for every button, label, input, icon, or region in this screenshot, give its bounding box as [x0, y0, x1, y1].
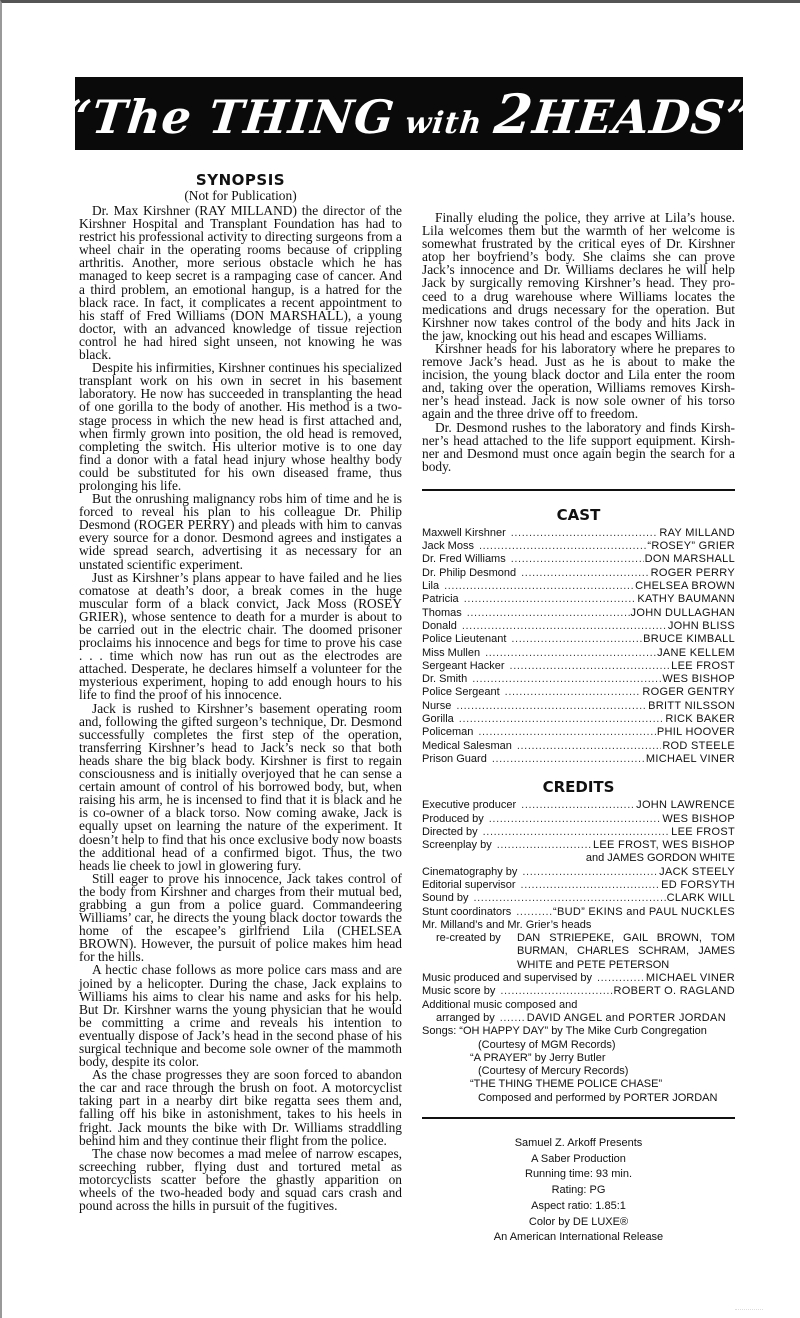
- press-sheet-page: “The THING with 2HEADS” SYNOPSIS (Not fo…: [0, 0, 800, 1318]
- dot-leader: [459, 713, 665, 726]
- cast-role: Thomas: [422, 607, 462, 620]
- heads-names-line: DAN STRIEPEKE, GAIL BROWN, TOM: [517, 932, 735, 945]
- credit-name: WES BISHOP: [662, 813, 735, 826]
- credit-name: “BUD” EKINS and PAUL NUCKLES: [553, 906, 735, 919]
- cast-row: NurseBRITT NILSSON: [422, 700, 735, 713]
- cast-actor: KATHY BAUMANN: [637, 593, 735, 606]
- credit-name: JACK STEELY: [659, 866, 735, 879]
- cast-role: Sergeant Hacker: [422, 660, 505, 673]
- cast-row: Miss MullenJANE KELLEM: [422, 647, 735, 660]
- cast-role: Gorilla: [422, 713, 454, 726]
- dot-leader: [505, 686, 642, 699]
- dot-leader: [511, 633, 642, 646]
- cast-row: Dr. SmithWES BISHOP: [422, 673, 735, 686]
- credit-name: LEE FROST: [671, 826, 735, 839]
- dot-leader: [522, 866, 658, 879]
- synopsis-paragraph: Jack is rushed to Kirshner’s basement op…: [79, 702, 402, 872]
- title-banner: “The THING with 2HEADS”: [75, 77, 743, 150]
- cast-row: Maxwell KirshnerRAY MILLAND: [422, 527, 735, 540]
- synopsis-paragraph: Kirshner heads for his laboratory where …: [422, 342, 735, 421]
- credit-role: Screenplay by: [422, 839, 492, 852]
- cast-actor: JOHN BLISS: [668, 620, 735, 633]
- presenter-line: Samuel Z. Arkoff Presents: [422, 1136, 735, 1152]
- synopsis-paragraph: As the chase progresses they are soon fo…: [79, 1068, 402, 1147]
- cast-actor: CHELSEA BROWN: [635, 580, 735, 593]
- cast-actor: ROGER PERRY: [651, 567, 735, 580]
- dot-leader: [521, 799, 635, 812]
- cast-role: Dr. Smith: [422, 673, 467, 686]
- running-time-line: Running time: 93 min.: [422, 1167, 735, 1183]
- credit-name: JOHN LAWRENCE: [636, 799, 735, 812]
- credit-row: Editorial supervisorED FORSYTH: [422, 879, 735, 892]
- synopsis-column-right: Finally eluding the police, they arrive …: [422, 211, 735, 1246]
- cast-actor: RICK BAKER: [665, 713, 735, 726]
- song-courtesy: (Courtesy of MGM Records): [422, 1039, 735, 1052]
- dot-leader: [500, 1012, 526, 1025]
- song-composer: Composed and performed by PORTER JORDAN: [422, 1092, 735, 1105]
- dot-leader: [464, 593, 637, 606]
- production-info: Samuel Z. Arkoff Presents A Saber Produc…: [422, 1136, 735, 1246]
- dot-leader: [444, 580, 634, 593]
- screenplay-continuation: and JAMES GORDON WHITE: [422, 852, 735, 865]
- cast-actor: JANE KELLEM: [657, 647, 735, 660]
- credit-role: Sound by: [422, 892, 468, 905]
- heads-recreated-row: re-created by DAN STRIEPEKE, GAIL BROWN,…: [422, 932, 735, 945]
- additional-music-label: Additional music composed and: [422, 999, 735, 1012]
- cast-actor: ROGER GENTRY: [642, 686, 735, 699]
- aspect-ratio-line: Aspect ratio: 1.85:1: [422, 1199, 735, 1215]
- cast-actor: BRUCE KIMBALL: [643, 633, 735, 646]
- dot-leader: [478, 726, 656, 739]
- heads-names-line: WHITE and PETE PETERSON: [422, 959, 735, 972]
- synopsis-paragraph: Dr. Max Kirshner (RAY MILLAND) the direc…: [79, 204, 402, 361]
- dot-leader: [500, 985, 612, 998]
- title-with: with: [392, 106, 495, 141]
- distributor-line: An American International Release: [422, 1230, 735, 1246]
- credit-name: ROBERT O. RAGLAND: [614, 985, 735, 998]
- cast-role: Prison Guard: [422, 753, 487, 766]
- synopsis-column-left: SYNOPSIS (Not for Publication) Dr. Max K…: [79, 171, 402, 1212]
- cast-role: Medical Salesman: [422, 740, 512, 753]
- song-line: “THE THING THEME POLICE CHASE”: [422, 1078, 735, 1091]
- credit-name: ED FORSYTH: [661, 879, 735, 892]
- synopsis-subheading: (Not for Publication): [79, 189, 402, 203]
- credit-role: Directed by: [422, 826, 478, 839]
- cast-role: Jack Moss: [422, 540, 474, 553]
- cast-row: Sergeant HackerLEE FROST: [422, 660, 735, 673]
- dot-leader: [497, 839, 592, 852]
- dot-leader: [517, 740, 661, 753]
- credit-role: Cinematography by: [422, 866, 517, 879]
- credit-name: MICHAEL VINER: [646, 972, 735, 985]
- heads-recreated-label: re-created by: [422, 932, 517, 945]
- cast-role: Policeman: [422, 726, 473, 739]
- synopsis-paragraph: Finally eluding the police, they arrive …: [422, 211, 735, 342]
- cast-row: Medical SalesmanROD STEELE: [422, 740, 735, 753]
- dot-leader: [511, 553, 644, 566]
- title-heads: HEADS”: [530, 90, 755, 144]
- cast-role: Dr. Fred Williams: [422, 553, 506, 566]
- cast-row: LilaCHELSEA BROWN: [422, 580, 735, 593]
- cast-role: Maxwell Kirshner: [422, 527, 506, 540]
- credit-row: Sound byCLARK WILL: [422, 892, 735, 905]
- dot-leader: [467, 607, 630, 620]
- credit-row: Music score byROBERT O. RAGLAND: [422, 985, 735, 998]
- dot-leader: [483, 826, 671, 839]
- section-divider: [422, 489, 735, 491]
- dot-leader: [516, 906, 552, 919]
- credit-role: Music score by: [422, 985, 495, 998]
- credit-role: Executive producer: [422, 799, 516, 812]
- dot-leader: [511, 527, 659, 540]
- dot-leader: [462, 620, 667, 633]
- cast-actor: JOHN DULLAGHAN: [631, 607, 735, 620]
- credit-name: CLARK WILL: [667, 892, 735, 905]
- cast-row: GorillaRICK BAKER: [422, 713, 735, 726]
- cast-actor: BRITT NILSSON: [648, 700, 735, 713]
- production-company-line: A Saber Production: [422, 1152, 735, 1168]
- cast-role: Donald: [422, 620, 457, 633]
- cast-actor: “ROSEY” GRIER: [647, 540, 735, 553]
- dot-leader: [456, 700, 647, 713]
- dot-leader: [521, 567, 649, 580]
- cast-actor: PHIL HOOVER: [657, 726, 735, 739]
- title-the: “The: [62, 90, 212, 144]
- credit-role: arranged by: [436, 1012, 495, 1025]
- cast-actor: MICHAEL VINER: [646, 753, 735, 766]
- synopsis-paragraph: Still eager to prove his innocence, Jack…: [79, 872, 402, 964]
- cast-actor: LEE FROST: [671, 660, 735, 673]
- credit-row: Stunt coordinators“BUD” EKINS and PAUL N…: [422, 906, 735, 919]
- film-title: “The THING with 2HEADS”: [62, 82, 757, 146]
- synopsis-paragraph: Despite his infirmities, Kirshner contin…: [79, 361, 402, 492]
- scan-artifact: [735, 1309, 763, 1312]
- credit-role: Stunt coordinators: [422, 906, 511, 919]
- credit-row: Directed byLEE FROST: [422, 826, 735, 839]
- credit-row: Music produced and supervised byMICHAEL …: [422, 972, 735, 985]
- cast-row: Prison GuardMICHAEL VINER: [422, 753, 735, 766]
- dot-leader: [485, 647, 656, 660]
- dot-leader: [479, 540, 646, 553]
- dot-leader: [472, 673, 661, 686]
- cast-role: Lila: [422, 580, 439, 593]
- song-line: Songs: “OH HAPPY DAY” by The Mike Curb C…: [422, 1025, 735, 1038]
- cast-row: DonaldJOHN BLISS: [422, 620, 735, 633]
- dot-leader: [489, 813, 662, 826]
- cast-role: Dr. Philip Desmond: [422, 567, 516, 580]
- heads-label: Mr. Milland’s and Mr. Grier’s heads: [422, 919, 735, 932]
- synopsis-paragraph: Dr. Desmond rushes to the laboratory and…: [422, 421, 735, 473]
- credit-row: Cinematography byJACK STEELY: [422, 866, 735, 879]
- credit-name: DAVID ANGEL and PORTER JORDAN: [527, 1012, 726, 1025]
- cast-role: Miss Mullen: [422, 647, 480, 660]
- credits-list: Executive producerJOHN LAWRENCE Produced…: [422, 799, 735, 1105]
- cast-role: Nurse: [422, 700, 451, 713]
- cast-heading: CAST: [422, 506, 735, 524]
- song-line: “A PRAYER” by Jerry Butler: [422, 1052, 735, 1065]
- dot-leader: [597, 972, 645, 985]
- credits-heading: CREDITS: [422, 778, 735, 796]
- cast-role: Police Sergeant: [422, 686, 500, 699]
- credit-role: Produced by: [422, 813, 484, 826]
- cast-role: Police Lieutenant: [422, 633, 506, 646]
- cast-row: Dr. Fred WilliamsDON MARSHALL: [422, 553, 735, 566]
- synopsis-paragraph: The chase now becomes a mad melee of nar…: [79, 1147, 402, 1212]
- credit-row: Produced byWES BISHOP: [422, 813, 735, 826]
- synopsis-paragraph: But the onrushing malignancy robs him of…: [79, 492, 402, 571]
- credit-role: Music produced and supervised by: [422, 972, 592, 985]
- cast-actor: ROD STEELE: [662, 740, 735, 753]
- cast-row: PolicemanPHIL HOOVER: [422, 726, 735, 739]
- title-thing: THING: [206, 90, 397, 144]
- credit-name: LEE FROST, WES BISHOP: [593, 839, 735, 852]
- dot-leader: [492, 753, 645, 766]
- synopsis-paragraph: Just as Kirshner’s plans appear to have …: [79, 571, 402, 702]
- cast-role: Patricia: [422, 593, 459, 606]
- cast-row: Police LieutenantBRUCE KIMBALL: [422, 633, 735, 646]
- synopsis-paragraph: A hectic chase follows as more police ca…: [79, 963, 402, 1068]
- cast-list: Maxwell KirshnerRAY MILLAND Jack Moss“RO…: [422, 527, 735, 766]
- cast-actor: RAY MILLAND: [659, 527, 735, 540]
- rating-line: Rating: PG: [422, 1183, 735, 1199]
- cast-row: Police SergeantROGER GENTRY: [422, 686, 735, 699]
- dot-leader: [473, 892, 665, 905]
- synopsis-heading: SYNOPSIS: [79, 171, 402, 189]
- dot-leader: [521, 879, 661, 892]
- credit-role: Editorial supervisor: [422, 879, 516, 892]
- credit-row: arranged byDAVID ANGEL and PORTER JORDAN: [422, 1012, 735, 1025]
- color-process-line: Color by DE LUXE®: [422, 1215, 735, 1231]
- credit-row: Screenplay byLEE FROST, WES BISHOP: [422, 839, 735, 852]
- cast-row: Dr. Philip DesmondROGER PERRY: [422, 567, 735, 580]
- song-courtesy: (Courtesy of Mercury Records): [422, 1065, 735, 1078]
- section-divider: [422, 1117, 735, 1119]
- cast-row: ThomasJOHN DULLAGHAN: [422, 607, 735, 620]
- credit-row: Executive producerJOHN LAWRENCE: [422, 799, 735, 812]
- heads-names-line: BURMAN, CHARLES SCHRAM, JAMES: [422, 945, 735, 958]
- cast-row: Jack Moss“ROSEY” GRIER: [422, 540, 735, 553]
- cast-row: PatriciaKATHY BAUMANN: [422, 593, 735, 606]
- cast-actor: WES BISHOP: [662, 673, 735, 686]
- dot-leader: [510, 660, 671, 673]
- cast-actor: DON MARSHALL: [645, 553, 735, 566]
